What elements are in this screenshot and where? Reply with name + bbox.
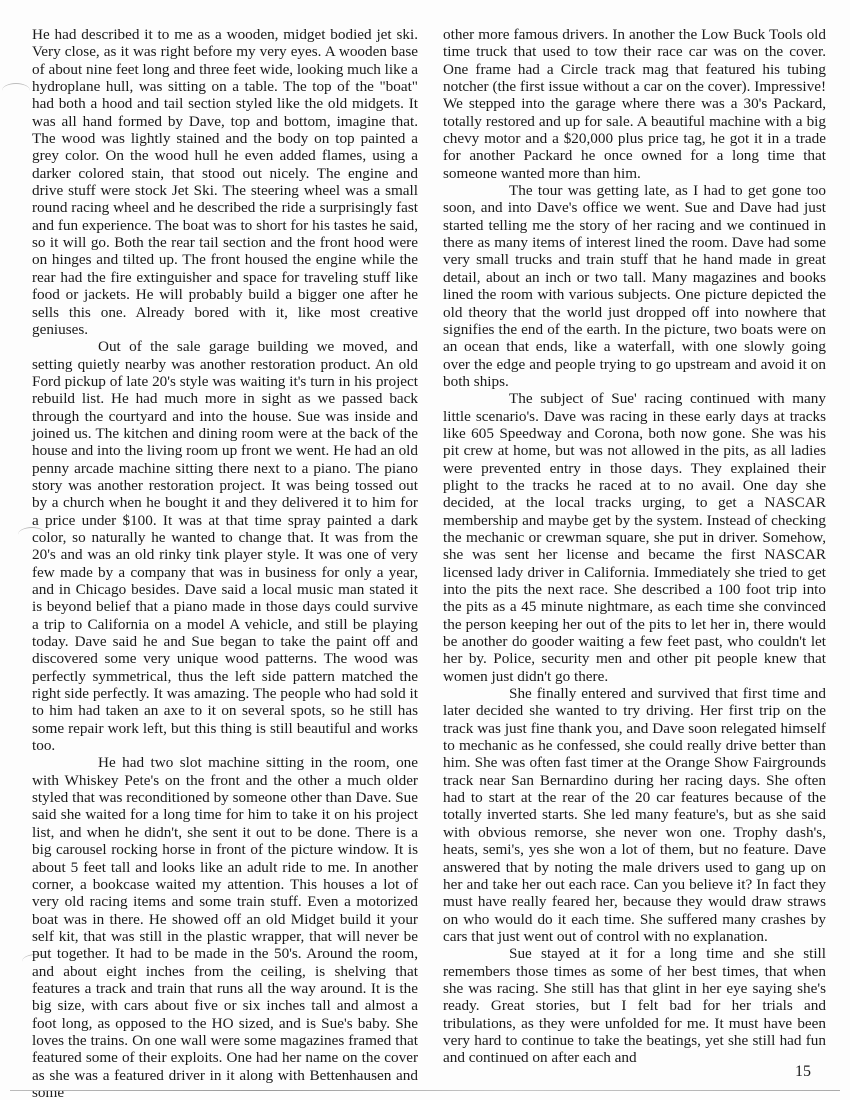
paragraph: He had two slot machine sitting in the r… xyxy=(32,754,418,1100)
left-column: He had described it to me as a wooden, m… xyxy=(32,26,418,1100)
paragraph: Out of the sale garage building we moved… xyxy=(32,338,418,754)
paragraph: The subject of Sue' racing continued wit… xyxy=(443,390,826,685)
paragraph: He had described it to me as a wooden, m… xyxy=(32,26,418,338)
punch-hole-mark xyxy=(2,83,30,98)
page-number: 15 xyxy=(795,1063,811,1081)
magazine-page: He had described it to me as a wooden, m… xyxy=(0,0,850,1100)
paragraph: Sue stayed at it for a long time and she… xyxy=(443,945,826,1066)
paragraph: other more famous drivers. In another th… xyxy=(443,26,826,182)
right-column: other more famous drivers. In another th… xyxy=(443,26,826,1067)
bottom-rule-divider xyxy=(10,1090,840,1091)
paragraph: She finally entered and survived that fi… xyxy=(443,685,826,945)
paragraph: The tour was getting late, as I had to g… xyxy=(443,182,826,390)
